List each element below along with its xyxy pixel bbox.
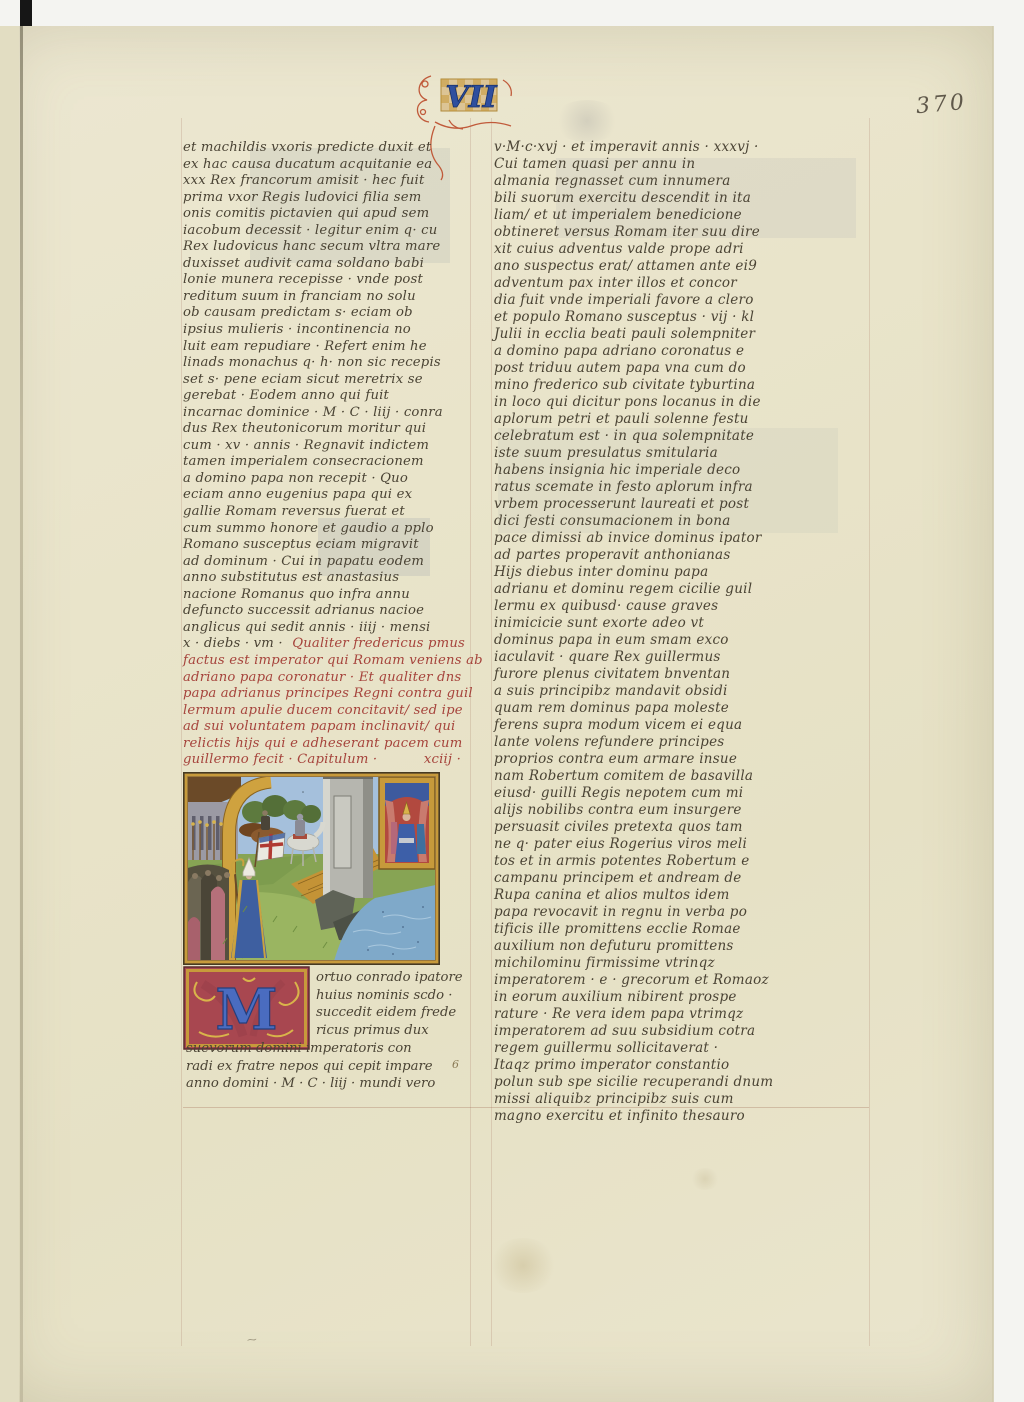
text-line: anno domini · M · C · liij · mundi vero [186,1075,486,1093]
text-line: cum · xv · annis · Regnavit indictem [183,438,475,455]
castle-tower [323,778,373,898]
text-line: furore plenus civitatem bnventan [494,666,876,683]
text-line: incarnac dominice · M · C · liij · conra [183,405,475,422]
text-line: a domino papa adriano coronatus e [494,343,876,360]
text-line: tificis ille promittens ecclie Romae [494,921,876,938]
text-line: Julii in ecclia beati pauli solempniter [494,326,876,343]
text-line: eciam anno eugenius papa qui ex [183,487,475,504]
text-line: cum summo honore et gaudio a pplo [183,521,475,538]
text-line: almania regnasset cum innumera [494,173,876,190]
text-line: Rex ludovicus hanc secum vltra mare [183,239,475,256]
text-line: michilominu firmissime vtrinqz [494,955,876,972]
mixed-line-red-part: Qualiter fredericus pmus [292,636,465,651]
margin-squiggle-mark: ~ [245,1334,258,1346]
rubric-line: ad sui voluntatem papam inclinavit/ qui [183,719,475,736]
text-line: ex hac causa ducatum acquitanie ea [183,157,475,174]
initial-graphic: M [183,966,310,1050]
text-line: et machildis vxoris predicte duxit et [183,140,475,157]
text-line: persuasit civiles pretexta quos tam [494,819,876,836]
text-line: obtineret versus Romam iter suu dire [494,224,876,241]
text-line: campanu principem et andream de [494,870,876,887]
right-text-column: v·M·c·xvj · et imperavit annis · xxxvj ·… [494,139,876,1125]
text-line: xxx Rex francorum amisit · hec fuit [183,173,475,190]
text-line: alijs nobilibs contra eum insurgere [494,802,876,819]
text-line: linads monachus q· h· non sic recepis [183,355,475,372]
text-line: imperatorem ad suu subsidium cotra [494,1023,876,1040]
left-column-black-lines: et machildis vxoris predicte duxit etex … [183,140,475,636]
pope-enthroned-under-canopy [379,777,435,869]
text-line: adventum pax inter illos et concor [494,275,876,292]
chapter-number: xciij · [424,752,461,769]
text-line: imperatorem · e · grecorum et Romaoz [494,972,876,989]
parchment-stain [690,1168,720,1190]
text-line: dici festi consumacionem in bona [494,513,876,530]
initial-full-lines: suevorum domini imperatoris conradi ex f… [186,1040,486,1093]
right-column-lines: v·M·c·xvj · et imperavit annis · xxxvj ·… [494,139,876,1125]
text-line: Romano susceptus eciam migravit [183,537,475,554]
text-line-mixed: x · diebs · vm · Qualiter fredericus pmu… [183,636,475,653]
text-line: a domino papa non recepit · Quo [183,471,475,488]
text-line: ad partes properavit anthonianas [494,547,876,564]
text-line: radi ex fratre nepos qui cepit impare [186,1058,486,1076]
page-right-edge [992,26,994,1402]
text-line: quam rem dominus papa moleste [494,700,876,717]
text-line: ortuo conrado ipatore [316,969,486,987]
text-line: magno exercitu et infinito thesauro [494,1108,876,1125]
rubric-line: factus est imperator qui Romam veniens a… [183,653,475,670]
ruling-line-vertical [491,118,492,1346]
text-line: in eorum auxilium nibirent prospe [494,989,876,1006]
text-line: set s· pene eciam sicut meretrix se [183,372,475,389]
rubric-line: adriano papa coronatur · Et qualiter dns [183,670,475,687]
text-line: et populo Romano susceptus · vij · kl [494,309,876,326]
text-line: celebratum est · in qua solempnitate [494,428,876,445]
text-line: eiusd· guilli Regis nepotem cum mi [494,785,876,802]
text-line: habens insignia hic imperiale deco [494,462,876,479]
text-line: proprios contra eum armare insue [494,751,876,768]
text-line: Rupa canina et alios multos idem [494,887,876,904]
text-line: ano suspectus erat/ attamen ante ei9 [494,258,876,275]
text-line: bili suorum exercitu descendit in ita [494,190,876,207]
text-line: mino frederico sub civitate tyburtina [494,377,876,394]
text-line: suevorum domini imperatoris con [186,1040,486,1058]
text-line: gerebat · Eodem anno qui fuit [183,388,475,405]
initial-letter-glyph: M [216,977,278,1043]
text-line: liam/ et ut imperialem benedicione [494,207,876,224]
text-line: iaculavit · quare Rex guillermus [494,649,876,666]
text-line: pace dimissi ab invice dominus ipator [494,530,876,547]
text-line: a suis principibz mandavit obsidi [494,683,876,700]
ink-smudge [552,100,622,142]
text-line: auxilium non defuturu promittens [494,938,876,955]
rubric-line: relictis hijs qui e adheserant pacem cum [183,736,475,753]
text-line: Itaqz primo imperator constantio [494,1057,876,1074]
text-line: vrbem processerunt laureati et post [494,496,876,513]
text-line: ad dominum · Cui in papatu eodem [183,554,475,571]
text-line: ne q· pater eius Rogerius viros meli [494,836,876,853]
text-line: luit eam repudiare · Refert enim he [183,339,475,356]
miniature-graphic [183,772,440,965]
text-line: v·M·c·xvj · et imperavit annis · xxxvj · [494,139,876,156]
text-line: Hijs diebus inter dominu papa [494,564,876,581]
text-line: huius nominis scdo · [316,987,486,1005]
text-line: ipsius mulieris · incontinencia no [183,322,475,339]
text-line: duxisset audivit cama soldano babi [183,256,475,273]
rubric-line: lermum apulie ducem concitavit/ sed ipe [183,703,475,720]
rubric-line: papa adrianus principes Regni contra gui… [183,686,475,703]
chapter-label: guillermo fecit · Capitulum · [183,752,377,769]
text-line: reditum suum in franciam no solu [183,289,475,306]
miniature-painting [183,772,440,969]
text-line: adrianu et dominu regem cicilie guil [494,581,876,598]
initial-indented-lines: ortuo conrado ipatorehuius nominis scdo … [316,969,486,1039]
text-line: aplorum petri et pauli solenne festu [494,411,876,428]
text-line: post triduu autem papa vna cum do [494,360,876,377]
parchment-stain [488,1238,558,1293]
text-line: prima vxor Regis ludovici filia sem [183,190,475,207]
text-line: dia fuit vnde imperiali favore a clero [494,292,876,309]
text-line: ratus scemate in festo aplorum infra [494,479,876,496]
text-line: iste suum presulatus smitularia [494,445,876,462]
chapter-rubric: factus est imperator qui Romam veniens a… [183,653,475,752]
quire-mark: 6 [452,1058,459,1071]
text-line: anno substitutus est anastasius [183,570,475,587]
left-text-column: et machildis vxoris predicte duxit etex … [183,140,475,769]
text-line: polun sub spe sicilie recuperandi dnum [494,1074,876,1091]
text-line: nam Robertum comitem de basavilla [494,768,876,785]
text-line: succedit eidem frede [316,1004,486,1022]
text-line: ob causam predictam s· eciam ob [183,305,475,322]
text-line: ferens supra modum vicem ei equa [494,717,876,734]
text-line: lonie munera recepisse · vnde post [183,272,475,289]
text-line: tos et in armis potentes Robertum e [494,853,876,870]
text-line: gallie Romam reversus fuerat et [183,504,475,521]
text-line: anglicus qui sedit annis · iiij · mensi [183,620,475,637]
text-line: ricus primus dux [316,1022,486,1040]
text-line: missi aliquibz principibz suis cum [494,1091,876,1108]
text-line: tamen imperialem consecracionem [183,454,475,471]
binding-tape [20,0,32,26]
manuscript-scan: 370 VII et machildis vxoris p [0,0,1024,1402]
text-line: rature · Re vera idem papa vtrimqz [494,1006,876,1023]
previous-leaf-edge [0,26,19,1402]
text-line: lermu ex quibusd· cause graves [494,598,876,615]
text-line: dominus papa in eum smam exco [494,632,876,649]
mixed-line-black-part: x · diebs · vm · [183,636,283,651]
ruling-line-vertical [181,118,182,1346]
text-line: onis comitis pictavien qui apud sem [183,206,475,223]
text-line: dus Rex theutonicorum moritur qui [183,421,475,438]
text-line: defuncto successit adrianus nacioe [183,603,475,620]
text-line: inimicicie sunt exorte adeo vt [494,615,876,632]
text-line: papa revocavit in regnu in verba po [494,904,876,921]
text-line: Cui tamen quasi per annu in [494,156,876,173]
folio-number: 370 [915,90,968,119]
text-line: lante volens refundere principes [494,734,876,751]
text-line: xit cuius adventus valde prope adri [494,241,876,258]
text-line: regem guillermu sollicitaverat · [494,1040,876,1057]
text-line: in loco qui dicitur pons locanus in die [494,394,876,411]
text-line: iacobum decessit · legitur enim q· cu [183,223,475,240]
gutter-shadow [20,26,23,1402]
text-line: nacione Romanus quo infra annu [183,587,475,604]
chapter-heading-line: guillermo fecit · Capitulum · xciij · [183,752,461,769]
header-numeral: VII [445,80,497,115]
